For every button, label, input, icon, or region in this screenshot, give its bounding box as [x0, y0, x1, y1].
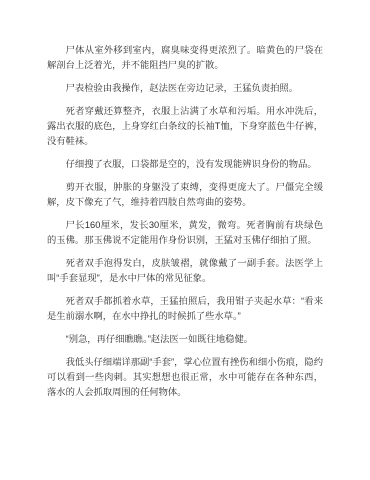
paragraph: “别急，再仔细瞧瞧。”赵法医一如既往地稳健。	[47, 332, 323, 347]
body-text: 尸体从室外移到室内，腐臭味变得更浓烈了。暗黄色的尸袋在解剖台上泛着光，并不能阻挡…	[47, 43, 323, 400]
paragraph: 死者双手都抓着水草，王猛拍照后，我用钳子夹起水草：“看来是生前溺水啊，在水中挣扎…	[47, 294, 323, 324]
paragraph: 仔细搜了衣服，口袋都是空的，没有发现能辨识身份的物品。	[47, 157, 323, 172]
paragraph: 尸表检验由我操作，赵法医在旁边记录，王猛负责拍照。	[47, 81, 323, 96]
paragraph: 我低头仔细端详那副“手套”，掌心位置有挫伤和细小伤痕，隐约可以看到一些肉刺。其实…	[47, 355, 323, 400]
paragraph: 剪开衣服，肿胀的身躯没了束缚，变得更庞大了。尸僵完全缓解，皮下像充了气，维持着四…	[47, 180, 323, 210]
paragraph: 尸长160厘米，发长30厘米，黄发，微弯。死者胸前有块绿色的玉佛。那玉佛说不定能…	[47, 218, 323, 248]
reader-page: 尸体从室外移到室内，腐臭味变得更浓烈了。暗黄色的尸袋在解剖台上泛着光，并不能阻挡…	[0, 0, 370, 480]
paragraph: 尸体从室外移到室内，腐臭味变得更浓烈了。暗黄色的尸袋在解剖台上泛着光，并不能阻挡…	[47, 43, 323, 73]
paragraph: 死者穿戴还算整齐，衣服上沾满了水草和污垢。用水冲洗后，露出衣服的底色，上身穿红白…	[47, 104, 323, 149]
paragraph: 死者双手泡得发白，皮肤皱褶，就像戴了一副手套。法医学上叫“手套显现”，是水中尸体…	[47, 256, 323, 286]
